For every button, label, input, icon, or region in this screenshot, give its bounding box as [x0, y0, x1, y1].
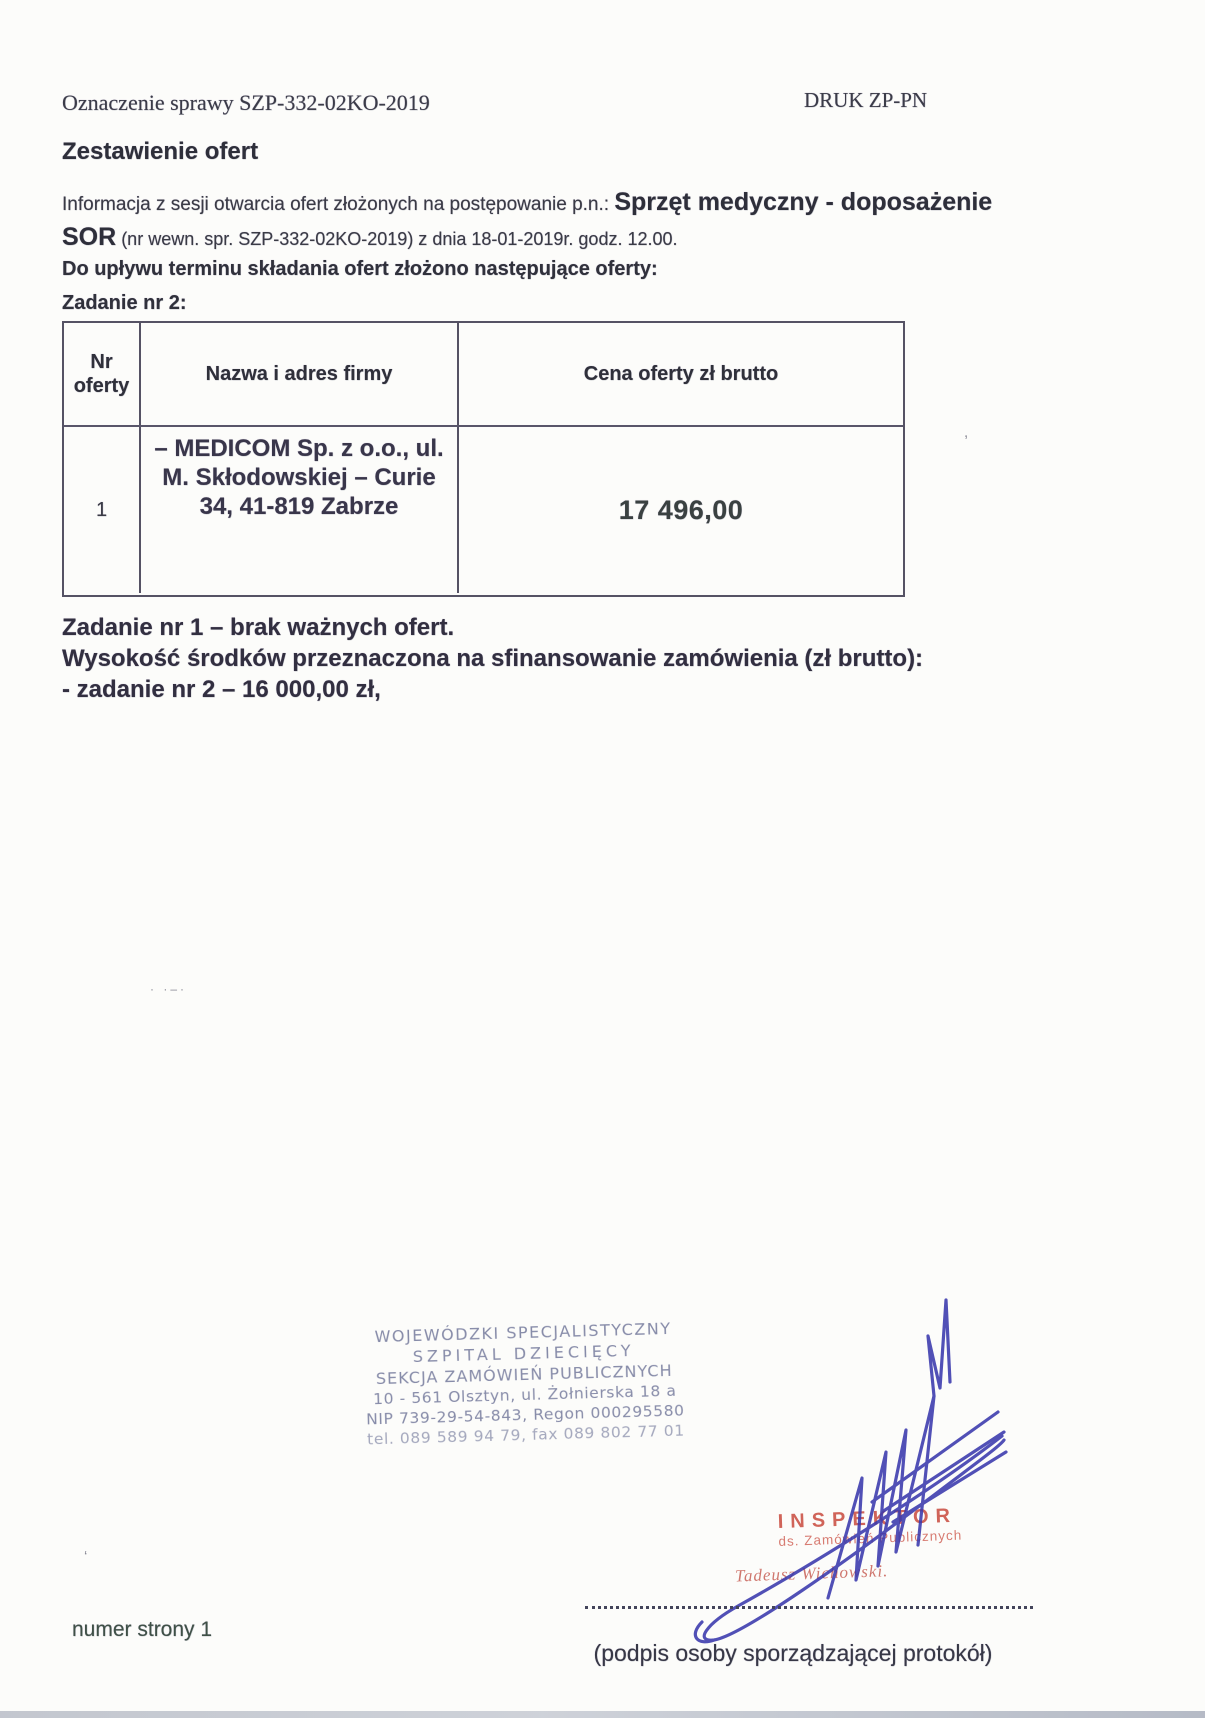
case-reference-label: Oznaczenie sprawy SZP-332-02KO-2019	[62, 90, 430, 116]
cell-offer-number: 1	[64, 427, 141, 593]
offers-table: Nr oferty Nazwa i adres firmy Cena ofert…	[62, 321, 905, 597]
offers-table-header-row: Nr oferty Nazwa i adres firmy Cena ofert…	[64, 323, 903, 427]
scan-artifact-mark: · ·–·	[150, 982, 187, 996]
header-gross-price: Cena oferty zł brutto	[459, 323, 903, 425]
summary-line-task2-amount: - zadanie nr 2 – 16 000,00 zł,	[62, 674, 923, 705]
cell-company-name: – MEDICOM Sp. z o.o., ul. M. Skłodowskie…	[141, 427, 459, 593]
form-code-label: DRUK ZP-PN	[804, 88, 927, 113]
scan-artifact-mark: ,	[964, 424, 968, 441]
intro-suffix-text: (nr wewn. spr. SZP-332-02KO-2019) z dnia…	[116, 229, 677, 249]
summary-line-funds: Wysokość środków przeznaczona na sfinans…	[62, 643, 923, 674]
inspector-stamp: INSPEKTOR ds. Zamówień Publicznych	[777, 1502, 1008, 1550]
scan-artifact-mark: ‘	[84, 1548, 87, 1565]
intro-prefix-text: Informacja z sesji otwarcia ofert złożon…	[62, 194, 614, 215]
offers-table-row: 1 – MEDICOM Sp. z o.o., ul. M. Skłodowsk…	[64, 427, 903, 593]
cell-gross-price: 17 496,00	[459, 427, 903, 593]
document-title: Zestawienie ofert	[62, 138, 258, 166]
opening-session-paragraph: Informacja z sesji otwarcia ofert złożon…	[62, 186, 1020, 256]
signature-caption: (podpis osoby sporządzającej protokół)	[568, 1640, 1018, 1667]
task-2-label: Zadanie nr 2:	[62, 292, 186, 315]
scanned-document-page: Oznaczenie sprawy SZP-332-02KO-2019 DRUK…	[0, 0, 1205, 1718]
deadline-note: Do upływu terminu składania ofert złożon…	[62, 258, 658, 281]
inspector-signed-name: Tadeusz Wichowski.	[735, 1557, 996, 1586]
hospital-office-stamp: WOJEWÓDZKI SPECJALISTYCZNY SZPITAL DZIEC…	[350, 1317, 698, 1450]
summary-line-task1: Zadanie nr 1 – brak ważnych ofert.	[62, 612, 923, 643]
summary-statements: Zadanie nr 1 – brak ważnych ofert. Wysok…	[62, 612, 923, 705]
signature-dotted-line	[585, 1588, 1033, 1609]
scan-edge-shadow	[0, 1711, 1205, 1718]
header-offer-number: Nr oferty	[64, 323, 141, 425]
header-company-name: Nazwa i adres firmy	[141, 323, 459, 425]
page-number-label: numer strony 1	[72, 1618, 212, 1642]
